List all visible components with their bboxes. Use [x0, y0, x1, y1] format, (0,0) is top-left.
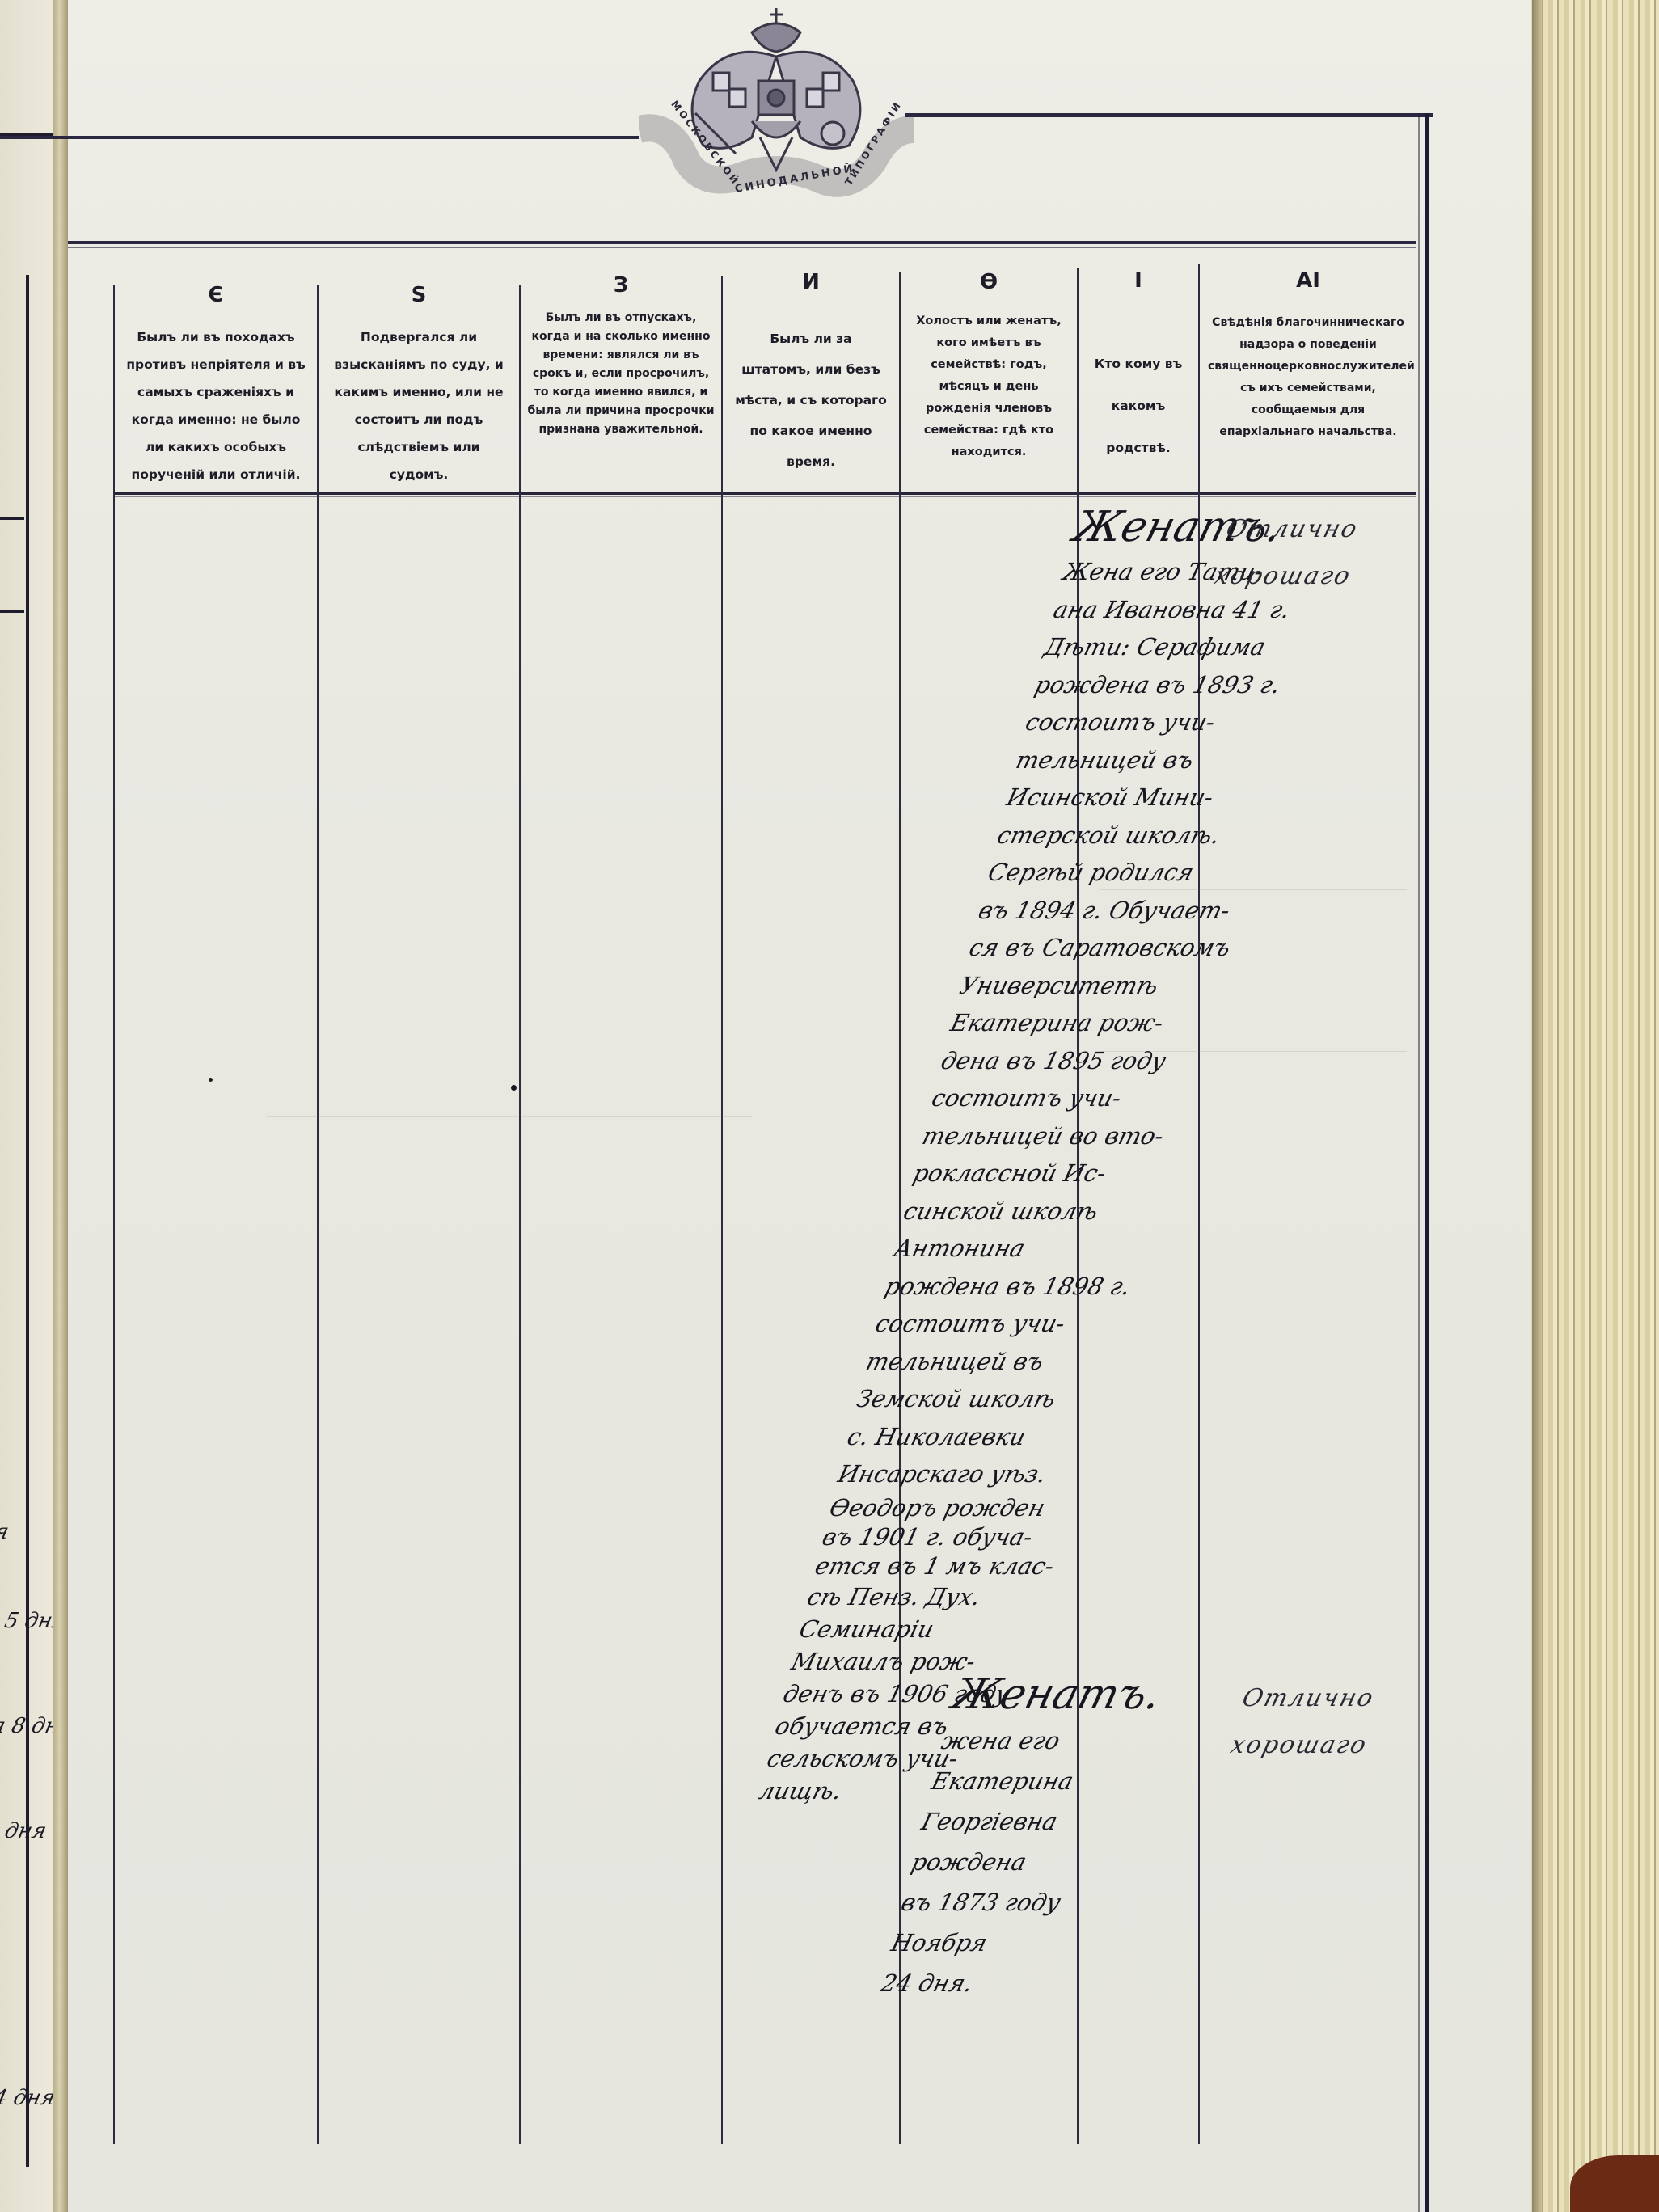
left-page-rule — [0, 517, 24, 520]
marital-status: Женатъ. — [948, 1669, 1146, 1720]
column-header-6: Ѕ Подвергался ли взысканіямъ по суду, и … — [319, 260, 519, 488]
family-line: лищѣ. — [756, 1775, 950, 1807]
family-line: Ноября — [887, 1923, 1083, 1963]
family-line: денъ въ 1906 году — [780, 1678, 974, 1710]
column-divider — [899, 272, 901, 2144]
family-line: Екатерина — [927, 1761, 1123, 1801]
column-header-text: Былъ ли въ отпускахъ, когда и на сколько… — [521, 309, 721, 439]
conduct-remark-1: Отлично хорошаго — [1209, 506, 1427, 600]
ink-dot — [209, 1078, 213, 1082]
bleed-through-line — [267, 922, 752, 922]
family-line: Университетѣ — [956, 967, 1151, 1005]
column-numeral: З — [521, 273, 721, 302]
family-line: рождена въ 1893 г. — [1031, 666, 1226, 704]
book-page-edges — [1532, 0, 1659, 2212]
column-header-text: Холостъ или женатъ, кого имѣетъ въ семей… — [901, 310, 1077, 463]
remark-line: Отлично — [1221, 506, 1426, 553]
top-double-rule — [0, 136, 639, 139]
left-page-note: Декабря 24 дня — [0, 2086, 57, 2110]
book-gutter — [53, 0, 68, 2212]
family-line: стерской школѣ. — [994, 817, 1189, 855]
family-line: Дѣти: Серафима — [1041, 628, 1236, 666]
family-line: ется въ 1 мъ клас- — [813, 1551, 1006, 1581]
bleed-through-line — [267, 631, 752, 631]
column-divider — [721, 276, 723, 2144]
family-line: рождена въ 1898 г. — [880, 1268, 1076, 1306]
column-header-text: Подвергался ли взысканіямъ по суду, и ка… — [319, 323, 519, 488]
family-line: Инсарскаго уѣз. — [834, 1455, 1029, 1493]
family-line: тельницей во вто- — [918, 1117, 1114, 1155]
column-numeral: И — [723, 270, 899, 299]
column-numeral: Ѕ — [319, 283, 519, 312]
family-line: сельскомъ учи- — [764, 1742, 958, 1775]
top-double-rule — [905, 113, 1433, 117]
column-header-text: Свѣдѣнія благочинническаго надзора о пов… — [1200, 312, 1416, 443]
family-line: Георгіевна — [917, 1801, 1112, 1842]
family-line: въ 1901 г. обуча- — [820, 1522, 1013, 1551]
bleed-through-line — [267, 1116, 752, 1117]
column-header-5: Є Былъ ли въ походахъ противъ непріятеля… — [115, 260, 317, 488]
conduct-remark-2: Отлично хорошаго — [1226, 1675, 1443, 1769]
header-top-rule — [68, 247, 1416, 248]
column-header-7: З Былъ ли въ отпускахъ, когда и на сколь… — [521, 260, 721, 439]
column-header-8: И Былъ ли за штатомъ, или безъ мѣста, и … — [723, 260, 899, 477]
left-page-note: ...5 дня — [0, 1520, 11, 1544]
family-line: ся въ Саратовскомъ — [965, 929, 1161, 967]
family-line: дена въ 1895 году — [937, 1042, 1133, 1080]
table-surface — [1570, 2155, 1659, 2212]
column-header-text: Былъ ли за штатомъ, или безъ мѣста, и съ… — [723, 323, 899, 477]
left-page-rule — [0, 610, 24, 613]
remark-line: хорошаго — [1209, 553, 1415, 600]
column-header-text: Кто кому въ какомъ родствѣ. — [1079, 343, 1198, 469]
family-line: тельницей въ — [862, 1343, 1057, 1381]
family-line: Екатерина рож- — [947, 1004, 1142, 1042]
family-line: роклассной Ис- — [909, 1155, 1104, 1193]
family-line: состоитъ учи- — [872, 1305, 1067, 1343]
family-line: жена его — [937, 1720, 1133, 1761]
family-line: 24 дня. — [876, 1963, 1072, 2003]
ink-dot — [511, 1085, 517, 1091]
family-line: Сергѣй родился — [984, 854, 1180, 892]
edge-shadow — [1532, 0, 1542, 2212]
page-right-border — [1425, 113, 1429, 2212]
column-divider — [317, 285, 319, 2144]
column-header-text: Былъ ли въ походахъ противъ непріятеля и… — [115, 323, 317, 488]
family-line: въ 1873 году — [897, 1882, 1092, 1923]
column-numeral: АІ — [1200, 268, 1416, 298]
family-line: Антонина — [890, 1230, 1086, 1268]
remark-line: Отлично — [1237, 1675, 1442, 1722]
column-header-10: І Кто кому въ какомъ родствѣ. — [1079, 260, 1198, 469]
column-numeral: Є — [115, 283, 317, 312]
column-numeral: І — [1079, 268, 1198, 298]
header-top-rule — [68, 241, 1416, 244]
bleed-through-line — [267, 825, 752, 825]
family-line: Исинской Мини- — [1003, 779, 1198, 817]
family-line: состоитъ учи- — [1021, 703, 1217, 741]
header-bottom-rule — [113, 492, 1416, 495]
column-divider — [113, 285, 115, 2144]
family-line: сѣ Пенз. Дух. — [804, 1581, 998, 1613]
family-line: обучается въ — [772, 1710, 966, 1742]
column-numeral: Ѳ — [901, 270, 1077, 299]
remark-line: хорошаго — [1226, 1722, 1431, 1769]
bleed-through-line — [267, 1019, 752, 1019]
family-line: рождена — [907, 1842, 1103, 1882]
family-line: состоитъ учи- — [927, 1079, 1123, 1117]
family-line: Ѳеодоръ рожден — [826, 1493, 1019, 1522]
family-line: синской школѣ — [900, 1193, 1095, 1231]
left-page-note: ...10 дня — [0, 1819, 49, 1843]
family-line: Семинаріи — [796, 1613, 990, 1645]
bleed-through-line — [267, 728, 752, 728]
family-line: Михаилъ рож- — [788, 1645, 982, 1678]
left-page-rule — [26, 275, 29, 2167]
family-line: с. Николаевки — [843, 1418, 1039, 1456]
imperial-crest: МОСКОВСКОЙ СИНОДАЛЬНОЙ ТИПОГРАФІИ — [639, 0, 914, 210]
column-divider — [519, 285, 521, 2144]
column-header-11: АІ Свѣдѣнія благочинническаго надзора о … — [1200, 260, 1416, 443]
family-line: тельницей въ — [1012, 741, 1208, 779]
family-line: Земской школѣ — [853, 1380, 1049, 1418]
family-line: въ 1894 г. Обучает- — [974, 892, 1170, 930]
page-right-border — [1418, 113, 1420, 2212]
column-header-9: Ѳ Холостъ или женатъ, кого имѣетъ въ сем… — [901, 260, 1077, 463]
header-bottom-rule — [113, 496, 1416, 497]
